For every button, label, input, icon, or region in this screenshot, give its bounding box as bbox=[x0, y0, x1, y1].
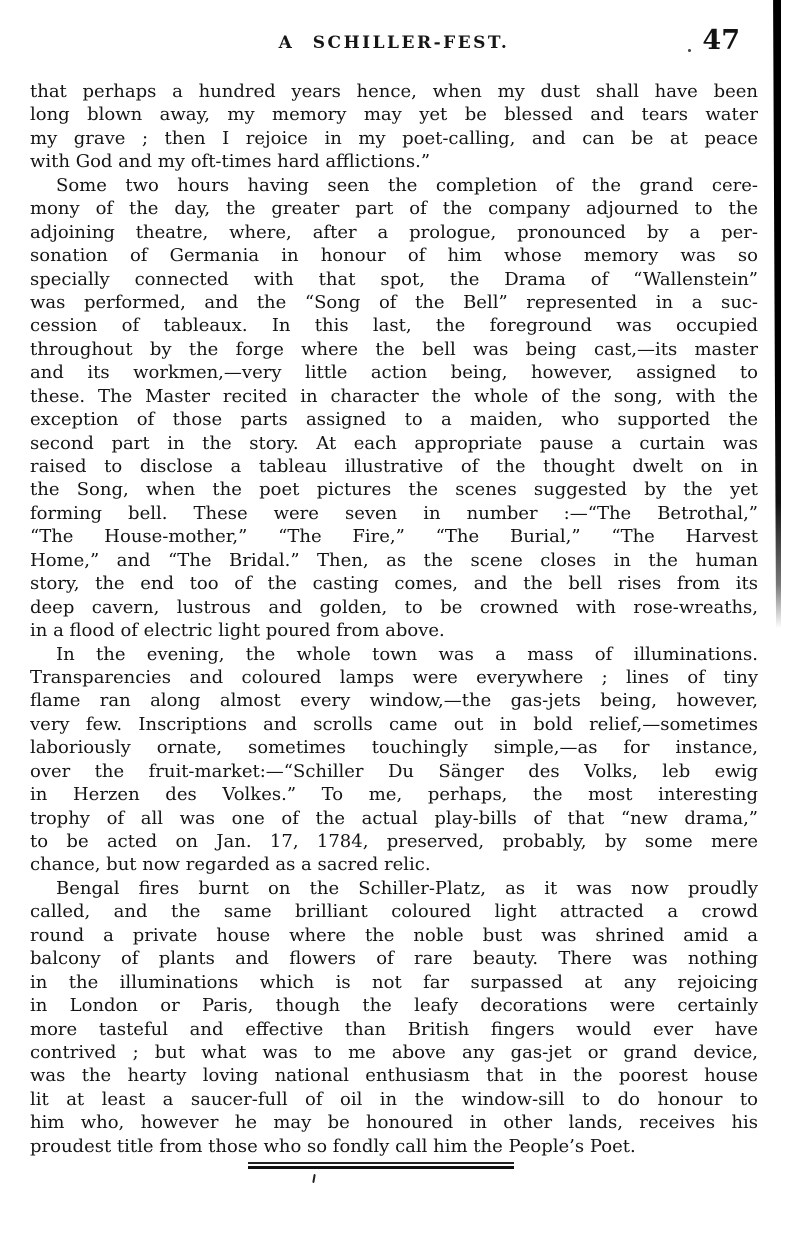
text-line: laboriously ornate, sometimes touchingly… bbox=[30, 736, 758, 759]
text-line: throughout by the forge where the bell w… bbox=[30, 338, 758, 361]
bottom-rule bbox=[248, 1162, 514, 1169]
scan-speck bbox=[688, 49, 691, 52]
text-line: to be acted on Jan. 17, 1784, preserved,… bbox=[30, 830, 758, 853]
text-line: very few. Inscriptions and scrolls came … bbox=[30, 713, 758, 736]
bottom-rule-thin-line bbox=[248, 1162, 514, 1164]
text-line: the Song, when the poet pictures the sce… bbox=[30, 478, 758, 501]
text-line: him who, however he may be honoured in o… bbox=[30, 1111, 758, 1134]
text-line: In the evening, the whole town was a mas… bbox=[30, 643, 758, 666]
text-line: Some two hours having seen the completio… bbox=[30, 174, 758, 197]
text-line: specially connected with that spot, the … bbox=[30, 268, 758, 291]
text-line: round a private house where the noble bu… bbox=[30, 924, 758, 947]
text-line: forming bell. These were seven in number… bbox=[30, 502, 758, 525]
text-line: with God and my oft-times hard afflictio… bbox=[30, 150, 758, 173]
text-line: was performed, and the “Song of the Bell… bbox=[30, 291, 758, 314]
text-line: lit at least a saucer-full of oil in the… bbox=[30, 1088, 758, 1111]
text-line: called, and the same brilliant coloured … bbox=[30, 900, 758, 923]
text-line: “The House-mother,” “The Fire,” “The Bur… bbox=[30, 525, 758, 548]
scan-edge-artifact bbox=[772, 0, 781, 628]
text-line: proudest title from those who so fondly … bbox=[30, 1135, 758, 1158]
text-line: Bengal fires burnt on the Schiller-Platz… bbox=[30, 877, 758, 900]
text-line: Home,” and “The Bridal.” Then, as the sc… bbox=[30, 549, 758, 572]
text-line: that perhaps a hundred years hence, when… bbox=[30, 80, 758, 103]
text-line: in London or Paris, though the leafy dec… bbox=[30, 994, 758, 1017]
text-line: and its workmen,—very little action bein… bbox=[30, 361, 758, 384]
text-line: more tasteful and effective than British… bbox=[30, 1018, 758, 1041]
text-line: over the fruit-market:—“Schiller Du Säng… bbox=[30, 760, 758, 783]
text-line: exception of those parts assigned to a m… bbox=[30, 408, 758, 431]
text-line: was the hearty loving national enthusias… bbox=[30, 1064, 758, 1087]
text-line: chance, but now regarded as a sacred rel… bbox=[30, 853, 758, 876]
text-line: adjoining theatre, where, after a prolog… bbox=[30, 221, 758, 244]
text-line: these. The Master recited in character t… bbox=[30, 385, 758, 408]
text-line: second part in the story. At each approp… bbox=[30, 432, 758, 455]
text-line: story, the end too of the casting comes,… bbox=[30, 572, 758, 595]
text-line: cession of tableaux. In this last, the f… bbox=[30, 314, 758, 337]
text-line: contrived ; but what was to me above any… bbox=[30, 1041, 758, 1064]
page-number: 47 bbox=[702, 25, 740, 56]
scan-tick-mark bbox=[312, 1174, 316, 1183]
text-line: trophy of all was one of the actual play… bbox=[30, 807, 758, 830]
text-line: in a flood of electric light poured from… bbox=[30, 619, 758, 642]
text-line: deep cavern, lustrous and golden, to be … bbox=[30, 596, 758, 619]
text-line: long blown away, my memory may yet be bl… bbox=[30, 103, 758, 126]
text-line: in Herzen des Volkes.” To me, perhaps, t… bbox=[30, 783, 758, 806]
bottom-rule-thick-line bbox=[248, 1166, 514, 1169]
text-line: mony of the day, the greater part of the… bbox=[30, 197, 758, 220]
page-text: that perhaps a hundred years hence, when… bbox=[30, 80, 758, 1158]
text-line: flame ran along almost every window,—the… bbox=[30, 689, 758, 712]
text-line: Transparencies and coloured lamps were e… bbox=[30, 666, 758, 689]
text-line: balcony of plants and flowers of rare be… bbox=[30, 947, 758, 970]
text-line: my grave ; then I rejoice in my poet-cal… bbox=[30, 127, 758, 150]
page-header-title: A SCHILLER-FEST. bbox=[30, 33, 758, 53]
text-line: sonation of Germania in honour of him wh… bbox=[30, 244, 758, 267]
text-line: raised to disclose a tableau illustrativ… bbox=[30, 455, 758, 478]
text-line: in the illuminations which is not far su… bbox=[30, 971, 758, 994]
